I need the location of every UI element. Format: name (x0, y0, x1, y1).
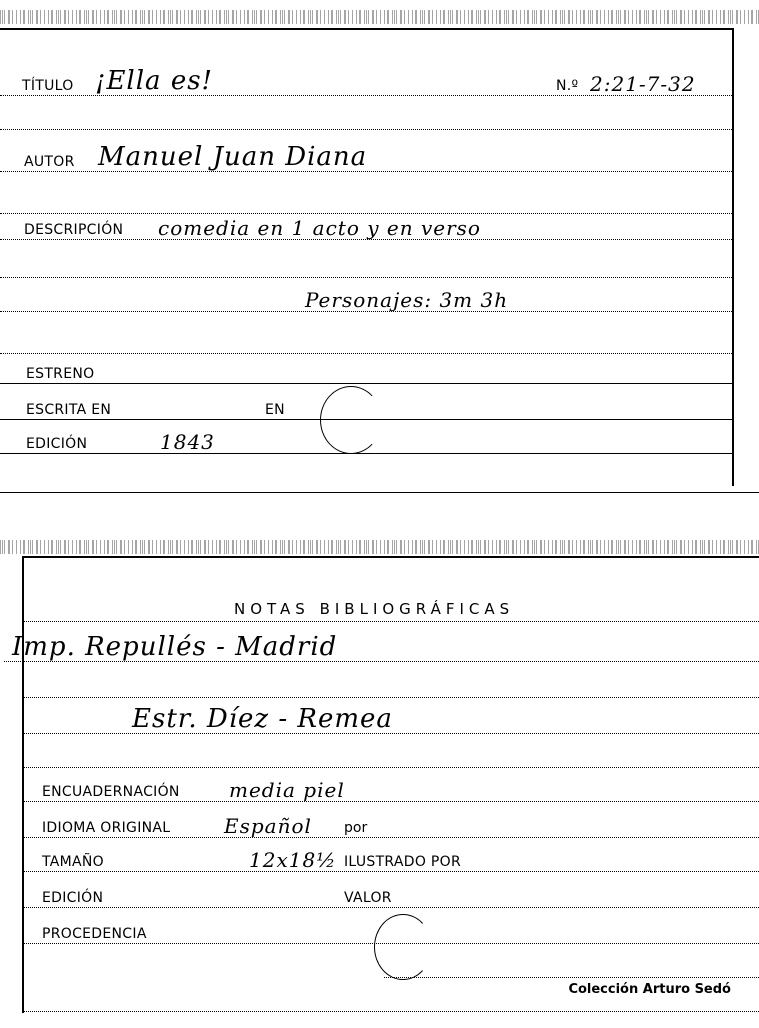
scan-noise-bottom (0, 540, 759, 554)
card-separator (0, 492, 759, 493)
punch-hole-stamp (320, 386, 382, 454)
value-titulo: ¡Ella es! (95, 66, 213, 96)
label-valor: VALOR (344, 890, 392, 906)
value-autor: Manuel Juan Diana (98, 142, 367, 172)
label-por: por (344, 820, 367, 836)
value-idioma: Español (224, 814, 312, 838)
note-2: Estr. Díez - Remea (132, 704, 393, 734)
field-personajes: Personajes: 3m 3h (0, 278, 732, 312)
catalog-card-main: TÍTULO ¡Ella es! N.º 2:21-7-32 AUTOR Man… (0, 28, 734, 486)
label-escrita-en: ESCRITA EN (26, 402, 111, 418)
field-autor: AUTOR Manuel Juan Diana (0, 138, 732, 172)
scan-noise-top (0, 10, 759, 24)
note-1: Imp. Repullés - Madrid (12, 632, 337, 662)
label-edicion: EDICIÓN (26, 436, 87, 452)
label-titulo: TÍTULO (22, 78, 74, 94)
note-line-1: Imp. Repullés - Madrid (4, 628, 759, 662)
label-en: EN (265, 402, 285, 418)
label-edicion-2: EDICIÓN (42, 890, 103, 906)
field-edicion-2: EDICIÓN VALOR (24, 874, 759, 908)
value-numero: 2:21-7-32 (590, 72, 696, 96)
label-estreno: ESTRENO (26, 366, 94, 382)
label-idioma: IDIOMA ORIGINAL (42, 820, 170, 836)
field-tamano: TAMAÑO 12x18½ ILUSTRADO POR (24, 838, 759, 872)
label-autor: AUTOR (24, 154, 75, 170)
field-idioma: IDIOMA ORIGINAL Español por (24, 804, 759, 838)
label-tamano: TAMAÑO (42, 854, 104, 870)
note-line-2: Estr. Díez - Remea (24, 700, 759, 734)
field-titulo: TÍTULO ¡Ella es! N.º 2:21-7-32 (0, 62, 732, 96)
field-encuadernacion: ENCUADERNACIÓN media piel (24, 768, 759, 802)
label-ilustrado-por: ILUSTRADO POR (344, 854, 461, 870)
catalog-card-notes: NOTAS BIBLIOGRÁFICAS Imp. Repullés - Mad… (22, 556, 759, 1013)
label-descripcion: DESCRIPCIÓN (24, 222, 123, 238)
punch-hole-stamp-2 (374, 914, 432, 980)
value-encuadernacion: media piel (229, 778, 345, 802)
label-numero: N.º (556, 78, 578, 94)
label-procedencia: PROCEDENCIA (42, 926, 147, 942)
field-descripcion: DESCRIPCIÓN comedia en 1 acto y en verso (0, 206, 732, 240)
value-descripcion: comedia en 1 acto y en verso (158, 216, 481, 240)
value-tamano: 12x18½ (249, 848, 337, 872)
collection-credit: Colección Arturo Sedó (568, 982, 731, 997)
value-personajes: Personajes: 3m 3h (305, 288, 508, 312)
field-estreno: ESTRENO (0, 350, 732, 384)
label-encuadernacion: ENCUADERNACIÓN (42, 784, 180, 800)
value-edicion: 1843 (160, 430, 215, 454)
